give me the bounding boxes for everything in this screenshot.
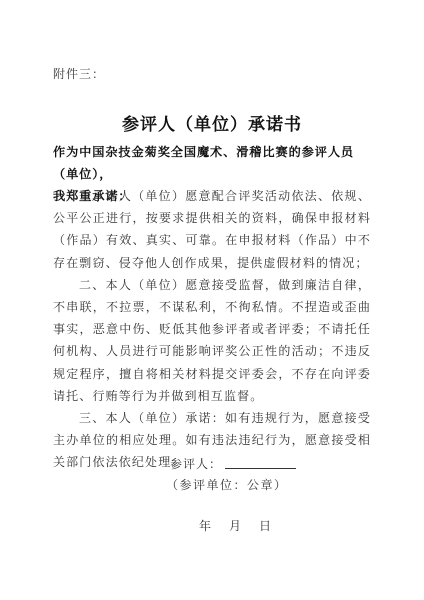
seal-label: （参评单位：公章） bbox=[166, 476, 288, 493]
signer-row: 参评人： bbox=[170, 455, 296, 472]
signer-label: 参评人： bbox=[170, 457, 222, 471]
commitment-clauses: 一、本人（单位）愿意配合评奖活动依法、依规、公平公正进行，按要求提供相关的资料，… bbox=[53, 185, 371, 474]
document-page: 附件三： 参评人（单位）承诺书 作为中国杂技金菊奖全国魔术、滑稽比赛的参评人员（… bbox=[0, 0, 424, 600]
date-day-label: 日 bbox=[259, 517, 289, 534]
document-title: 参评人（单位）承诺书 bbox=[0, 110, 424, 135]
clause-1: 一、本人（单位）愿意配合评奖活动依法、依规、公平公正进行，按要求提供相关的资料，… bbox=[53, 185, 371, 274]
attachment-label: 附件三： bbox=[53, 65, 105, 82]
intro-line-1: 作为中国杂技金菊奖全国魔术、滑稽比赛的参评人员（单位）， bbox=[53, 141, 373, 185]
clause-2: 二、本人（单位）愿意接受监督，做到廉洁自律，不串联，不拉票，不谋私利，不徇私情。… bbox=[53, 274, 371, 407]
date-year-label: 年 bbox=[199, 517, 229, 534]
signer-signature-line bbox=[225, 455, 296, 469]
date-month-label: 月 bbox=[229, 517, 259, 534]
date-row: 年月日 bbox=[199, 517, 289, 534]
